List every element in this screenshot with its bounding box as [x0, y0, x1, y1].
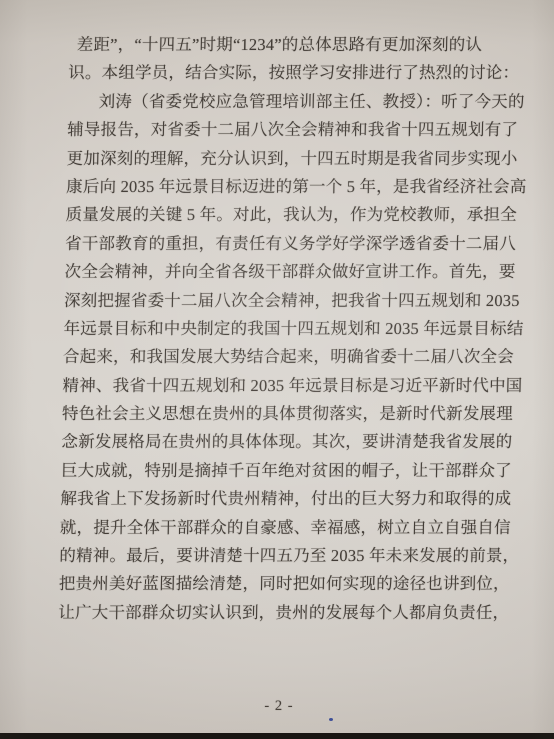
text-line: 特色社会主义思想在贵州的具体贯彻落实，是新时代新发展理 [62, 400, 531, 428]
text-line: 精神、我省十四五规划和 2035 年远景目标是习近平新时代中国 [62, 372, 531, 400]
text-line: 解我省上下发扬新时代贵州精神，付出的巨大努力和取得的成 [60, 485, 529, 513]
text-line: 深刻把握省委十二届八次全会精神，把我省十四五规划和 2035 [64, 287, 533, 315]
text-line: 的精神。最后，要讲清楚十四五乃至 2035 年未来发展的前景， [59, 542, 528, 570]
text-line: 更加深刻的理解，充分认识到，十四五时期是我省同步实现小 [66, 145, 535, 173]
text-line: 年远景目标和中央制定的我国十四五规划和 2035 年远景目标结 [63, 315, 532, 343]
text-line: 次全会精神，并向全省各级干部群众做好宣讲工作。首先，要 [64, 258, 533, 286]
text-line: 辅导报告，对省委十二届八次全会精神和我省十四五规划有了 [67, 116, 536, 144]
document-photo: 差距”，“十四五”时期“1234”的总体思路有更加深刻的认 识。本组学员，结合实… [0, 0, 554, 739]
photo-bottom-dark-edge [0, 733, 554, 739]
text-line: 巨大成就，特别是摘掉千百年绝对贫困的帽子，让干部群众了 [61, 457, 530, 485]
text-line: 刘涛（省委党校应急管理培训部主任、教授）：听了今天的 [67, 88, 536, 116]
text-line: 合起来，和我国发展大势结合起来，明确省委十二届八次全会 [63, 343, 532, 371]
text-line: 让广大干部群众切实认识到，贵州的发展每个人都肩负责任， [58, 599, 527, 627]
page-number: - 2 - [247, 698, 311, 715]
text-line: 念新发展格局在贵州的具体体现。其次，要讲清楚我省发展的 [61, 428, 530, 456]
text-line: 质量发展的关键 5 年。对此，我认为，作为党校教师，承担全 [65, 201, 534, 229]
text-line: 康后向 2035 年远景目标迈进的第一个 5 年，是我省经济社会高 [66, 173, 535, 201]
blue-ink-dot [329, 718, 333, 721]
document-body-text: 差距”，“十四五”时期“1234”的总体思路有更加深刻的认 识。本组学员，结合实… [58, 31, 537, 627]
text-line: 把贵州美好蓝图描绘清楚，同时把如何实现的途径也讲到位， [59, 570, 528, 598]
text-line: 省干部教育的重担，有责任有义务学好学深学透省委十二届八 [65, 230, 534, 258]
text-line: 差距”，“十四五”时期“1234”的总体思路有更加深刻的认 [68, 31, 537, 59]
text-line: 识。本组学员，结合实际，按照学习安排进行了热烈的讨论： [68, 59, 537, 87]
text-line: 就，提升全体干部群众的自豪感、幸福感，树立自立自强自信 [60, 514, 529, 542]
